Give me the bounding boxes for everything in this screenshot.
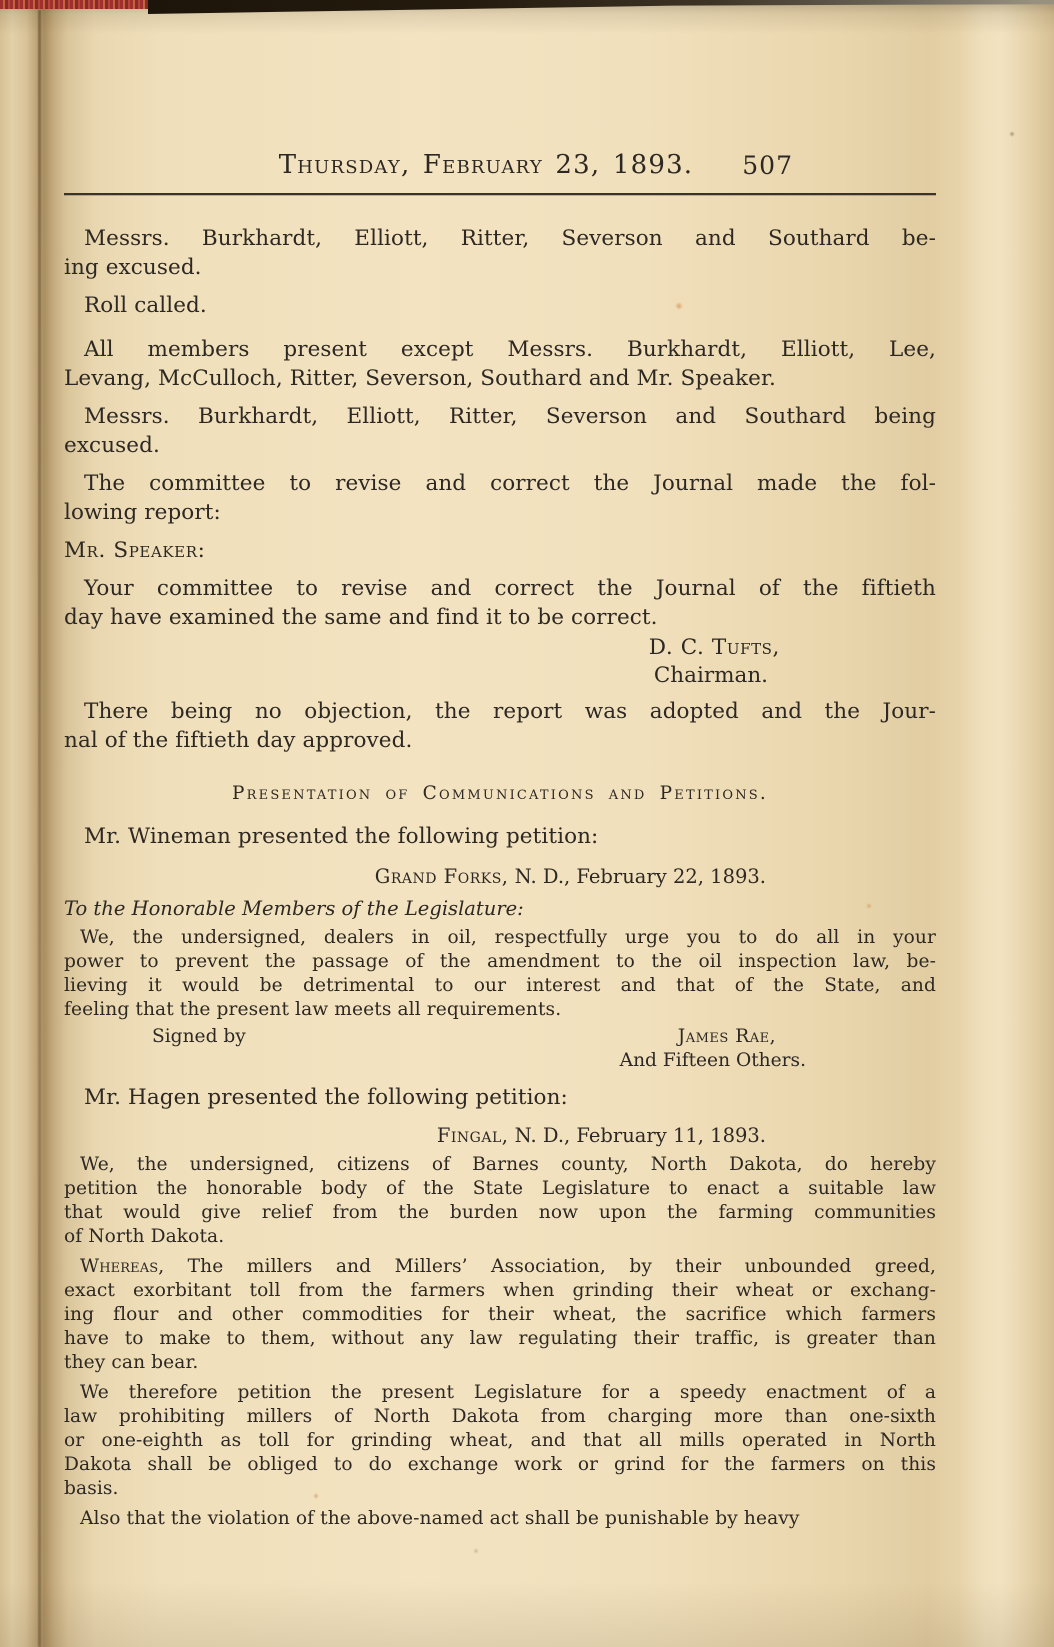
speaker-salutation: Mr. Speaker:: [64, 536, 936, 565]
text-line: excused.: [64, 431, 936, 460]
text-line: they can bear.: [64, 1351, 936, 1375]
text-line: have to make to them, without any law re…: [64, 1327, 936, 1351]
whereas-paragraph: Whereas, The millers and Millers’ Associ…: [64, 1255, 936, 1375]
text-line: ing excused.: [64, 253, 936, 282]
text-line: Messrs. Burkhardt, Elliott, Ritter, Seve…: [64, 224, 936, 253]
text-line: ing flour and other commodities for thei…: [64, 1303, 936, 1327]
petition-farming-paragraph: We, the undersigned, citizens of Barnes …: [64, 1153, 936, 1249]
scanned-journal-page: Thursday, February 23, 1893. 507 Messrs.…: [0, 0, 1054, 1647]
dateline-place: Grand Forks,: [375, 865, 509, 888]
text-line: Roll called.: [64, 291, 936, 320]
text-line: petition the honorable body of the State…: [64, 1177, 936, 1201]
paragraph-also: Also that the violation of the above-nam…: [64, 1507, 936, 1531]
petition-oil-paragraph: We, the undersigned, dealers in oil, res…: [64, 926, 936, 1022]
signature-james-rae: James Rae,: [678, 1025, 776, 1049]
text-line: Messrs. Burkhardt, Elliott, Ritter, Seve…: [64, 402, 936, 431]
text-line: We, the undersigned, citizens of Barnes …: [64, 1153, 936, 1177]
paragraph-hagen: Mr. Hagen presented the following petiti…: [64, 1083, 936, 1112]
text-line: that would give relief from the burden n…: [64, 1201, 936, 1225]
text-line: We therefore petition the present Legisl…: [64, 1381, 936, 1405]
cover-shadow: [148, 0, 1054, 14]
whereas-lead: Whereas,: [80, 1256, 164, 1277]
text-line: law prohibiting millers of North Dakota …: [64, 1405, 936, 1429]
text-line: lowing report:: [64, 498, 936, 527]
header-rule: [64, 193, 936, 195]
text-line: lieving it would be detrimental to our i…: [64, 974, 936, 998]
text-line: of North Dakota.: [64, 1225, 936, 1249]
text-line: All members present except Messrs. Burkh…: [64, 335, 936, 364]
text-column: Thursday, February 23, 1893. 507 Messrs.…: [64, 150, 936, 1531]
text-line: or one-eighth as toll for grinding wheat…: [64, 1429, 936, 1453]
petition-enactment-paragraph: We therefore petition the present Legisl…: [64, 1381, 936, 1501]
signature-title: Chairman.: [64, 662, 936, 690]
text-line: There being no objection, the report was…: [64, 697, 936, 726]
text-line: Levang, McCulloch, Ritter, Severson, Sou…: [64, 364, 936, 393]
paragraph-excused-2: Messrs. Burkhardt, Elliott, Ritter, Seve…: [64, 402, 936, 460]
text-line: Dakota shall be obliged to do exchange w…: [64, 1453, 936, 1477]
paragraph-all-members: All members present except Messrs. Burkh…: [64, 335, 936, 393]
whereas-rest: The millers and Millers’ Association, by…: [164, 1256, 936, 1277]
text-line: Your committee to revise and correct the…: [64, 574, 936, 603]
text-line: Mr. Hagen presented the following petiti…: [64, 1083, 936, 1112]
dateline-fingal: Fingal, N. D., February 11, 1893.: [64, 1123, 936, 1149]
book-gutter: [38, 10, 41, 1647]
paragraph-your-committee: Your committee to revise and correct the…: [64, 574, 936, 632]
text-line: Also that the violation of the above-nam…: [64, 1507, 936, 1531]
petition-salutation: To the Honorable Members of the Legislat…: [64, 896, 936, 921]
signature-name: D. C. Tufts,: [64, 634, 936, 662]
text-line: exact exorbitant toll from the farmers w…: [64, 1279, 936, 1303]
page-number: 507: [742, 151, 793, 181]
dateline-grand-forks: Grand Forks, N. D., February 22, 1893.: [64, 864, 936, 890]
signature-block-tufts: D. C. Tufts, Chairman.: [64, 634, 936, 690]
text-line: Mr. Wineman presented the following peti…: [64, 822, 936, 851]
signed-by-label: Signed by: [64, 1026, 246, 1047]
section-heading: Presentation of Communications and Petit…: [64, 781, 936, 807]
paragraph-committee-report: The committee to revise and correct the …: [64, 469, 936, 527]
dateline-date: N. D., February 11, 1893.: [508, 1124, 766, 1147]
paragraph-roll-called: Roll called.: [64, 291, 936, 320]
text-line: Whereas, The millers and Millers’ Associ…: [64, 1255, 936, 1279]
paragraph-excused-1: Messrs. Burkhardt, Elliott, Ritter, Seve…: [64, 224, 936, 282]
page-header: Thursday, February 23, 1893. 507: [64, 150, 936, 182]
paragraph-no-objection: There being no objection, the report was…: [64, 697, 936, 755]
text-line: basis.: [64, 1477, 936, 1501]
dateline-date: N. D., February 22, 1893.: [508, 865, 766, 888]
signature-extra: And Fifteen Others.: [64, 1049, 936, 1073]
text-line: feeling that the present law meets all r…: [64, 998, 936, 1022]
signed-by-row: Signed by James Rae,: [64, 1025, 936, 1049]
paragraph-wineman: Mr. Wineman presented the following peti…: [64, 822, 936, 851]
text-line: We, the undersigned, dealers in oil, res…: [64, 926, 936, 950]
text-line: day have examined the same and find it t…: [64, 603, 936, 632]
dateline-place: Fingal,: [437, 1124, 509, 1147]
text-line: The committee to revise and correct the …: [64, 469, 936, 498]
text-line: nal of the fiftieth day approved.: [64, 726, 936, 755]
text-line: power to prevent the passage of the amen…: [64, 950, 936, 974]
